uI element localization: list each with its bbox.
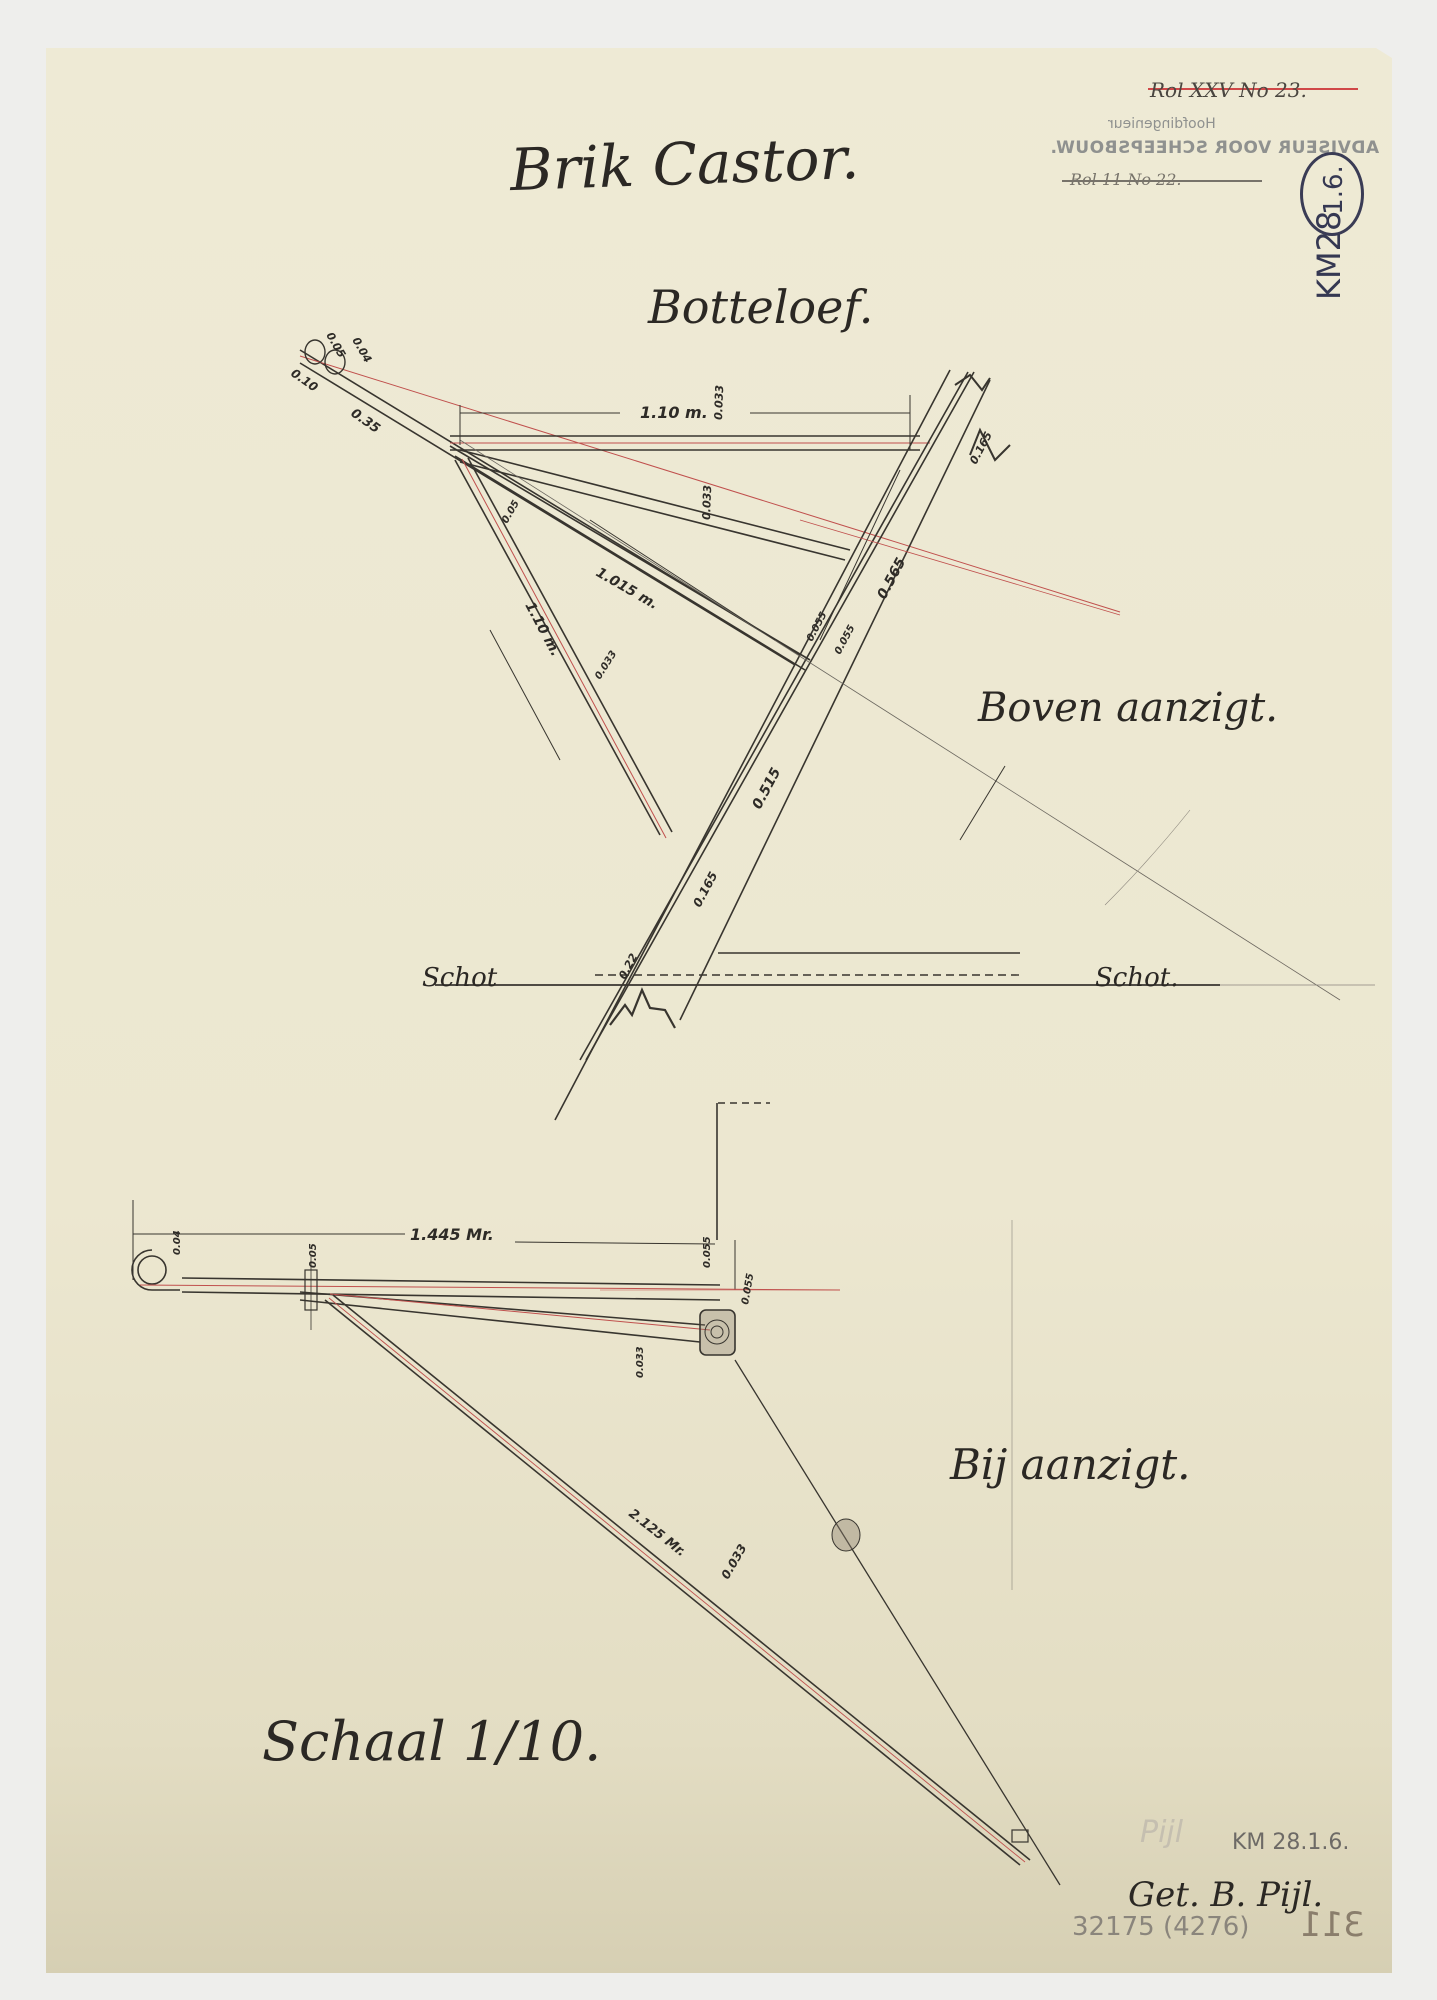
catalog-number: KM28: [1310, 211, 1348, 300]
svg-text:0.033: 0.033: [593, 649, 619, 682]
svg-text:0.055: 0.055: [702, 1236, 713, 1268]
scale-label: Schaal 1/10.: [262, 1710, 601, 1773]
pencil-mirrored-number: 311: [1300, 1905, 1365, 1945]
side-view-label: Bij aanzigt.: [950, 1440, 1190, 1489]
svg-text:0.033: 0.033: [635, 1346, 646, 1378]
circled-reference-text: 1.6.: [1319, 165, 1349, 215]
bulkhead-label-left: Schot: [422, 963, 497, 993]
crossed-out-reference: Rol XXV No 23.: [1150, 78, 1307, 102]
top-view-dimension-labels: 1.10 m. 0.05 0.04 0.10 0.35 0.033 0.033 …: [288, 330, 995, 981]
pencil-reference: KM 28.1.6.: [1232, 1830, 1349, 1855]
crossed-out-reference-2: Rol 11 No 22.: [1070, 170, 1182, 189]
svg-text:0.04: 0.04: [349, 335, 374, 365]
pencil-number: 32175 (4276): [1072, 1912, 1249, 1942]
drawing-subtitle: Botteloef.: [648, 280, 873, 334]
svg-text:0.04: 0.04: [172, 1230, 183, 1255]
svg-text:0.10: 0.10: [288, 366, 320, 394]
svg-text:0.165: 0.165: [690, 869, 720, 909]
svg-text:0.515: 0.515: [749, 765, 784, 812]
svg-text:0.033: 0.033: [712, 385, 726, 421]
svg-text:0.05: 0.05: [500, 499, 522, 526]
drawing-title: Brik Castor.: [509, 124, 860, 204]
dim-overall-length: 1.445 Mr.: [410, 1225, 494, 1244]
svg-text:0.05: 0.05: [308, 1243, 319, 1268]
svg-text:0.033: 0.033: [700, 485, 714, 521]
svg-text:0.033: 0.033: [718, 1542, 749, 1582]
svg-text:0.22: 0.22: [616, 951, 640, 981]
top-view-label: Boven aanzigt.: [978, 685, 1278, 731]
signature: Get. B. Pijl.: [1128, 1875, 1323, 1915]
svg-text:0.165: 0.165: [967, 429, 995, 466]
svg-text:0.055: 0.055: [833, 623, 858, 656]
bulkhead-label-right: Schot.: [1095, 963, 1178, 993]
dim-horizontal-span: 1.10 m.: [640, 403, 708, 422]
faint-pencil-mark: Pijl: [1140, 1815, 1183, 1850]
stamp-line-1: Hoofdingenieur: [1108, 116, 1216, 132]
svg-text:0.565: 0.565: [874, 555, 909, 602]
svg-text:1.015 m.: 1.015 m.: [593, 565, 661, 613]
